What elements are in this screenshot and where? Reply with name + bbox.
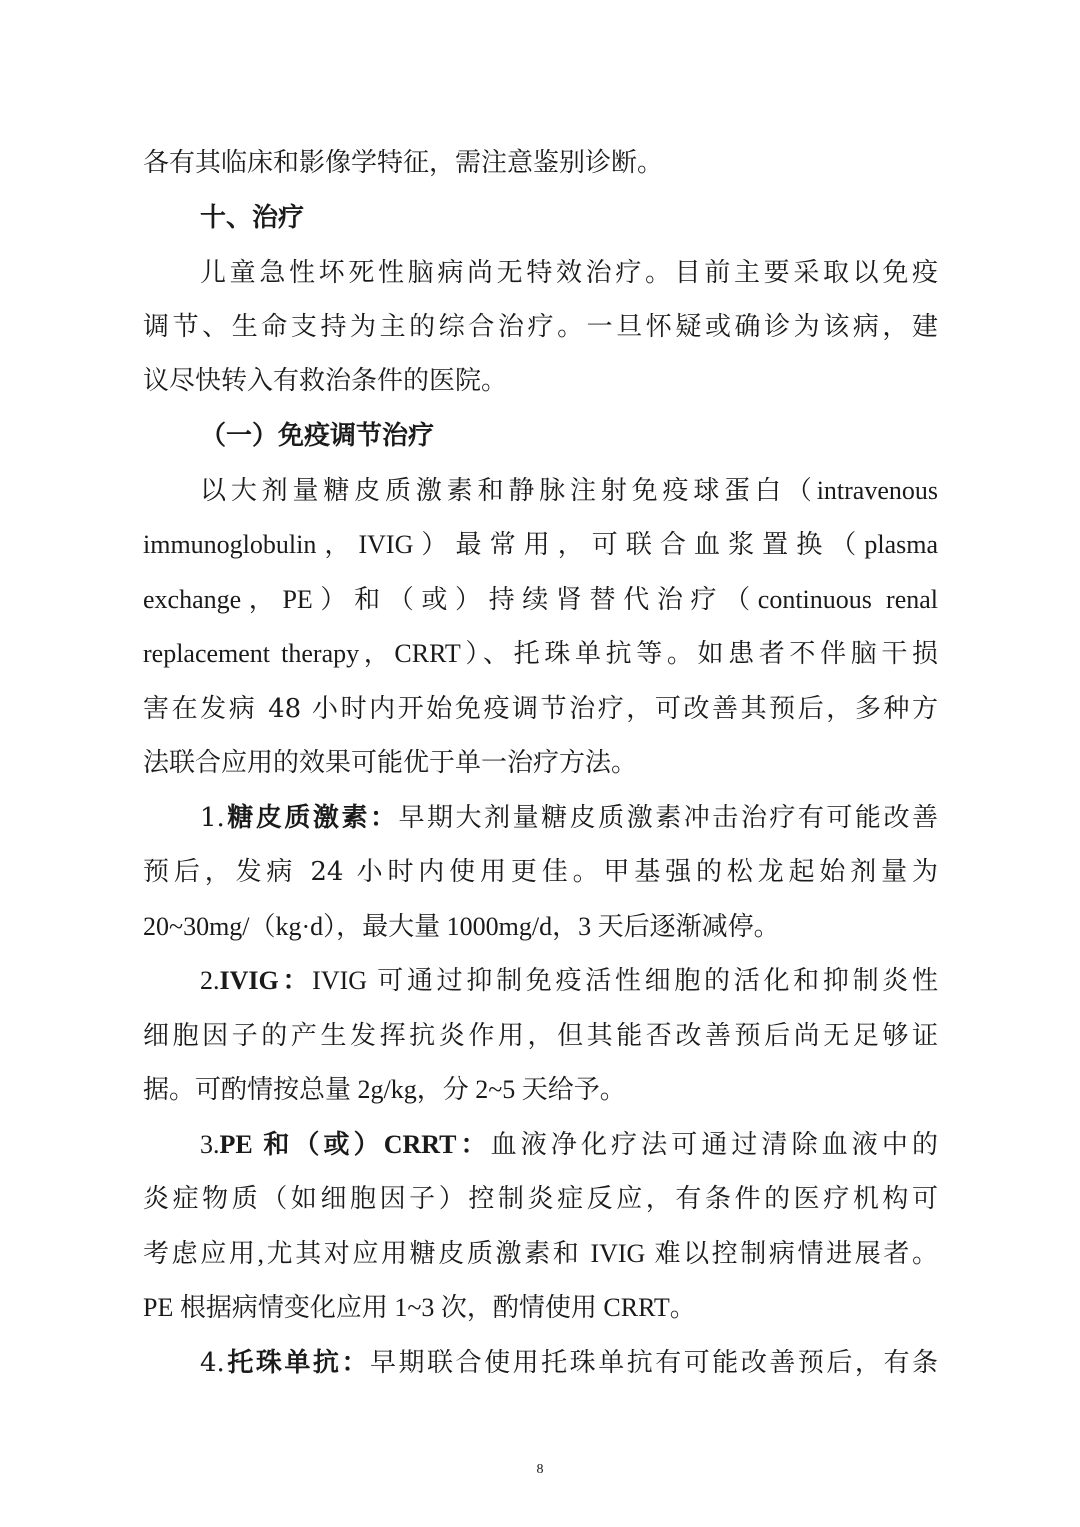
paragraph-line: replacement therapy，CRRT）、托珠单抗等。如患者不伴脑干损 [143, 634, 938, 674]
list-item-pe-crrt: 3.PE 和（或）CRRT：血液净化疗法可通过清除血液中的 [200, 1125, 938, 1165]
paragraph-line: immunoglobulin，IVIG）最常用，可联合血浆置换（plasma [143, 525, 938, 565]
paragraph-line: 20~30mg/（kg·d），最大量 1000mg/d，3 天后逐渐减停。 [143, 907, 938, 947]
paragraph-line: 议尽快转入有救治条件的医院。 [143, 361, 938, 401]
paragraph-line: PE 根据病情变化应用 1~3 次，酌情使用 CRRT。 [143, 1288, 938, 1328]
list-item-text: IVIG 可通过抑制免疫活性细胞的活化和抑制炎性 [312, 966, 938, 995]
page-number: 8 [520, 1462, 560, 1478]
list-item-ivig: 2.IVIG：IVIG 可通过抑制免疫活性细胞的活化和抑制炎性 [200, 961, 938, 1001]
paragraph-line: 调节、生命支持为主的综合治疗。一旦怀疑或确诊为该病，建 [143, 307, 938, 347]
list-item-title: 托珠单抗： [225, 1348, 370, 1378]
document-page: 各有其临床和影像学特征，需注意鉴别诊断。 十、治疗 儿童急性坏死性脑病尚无特效治… [0, 0, 1080, 1527]
list-item-title: PE 和（或）CRRT： [220, 1130, 491, 1159]
paragraph-line: 据。可酌情按总量 2g/kg，分 2~5 天给予。 [143, 1070, 938, 1110]
list-item-title: 糖皮质激素： [225, 803, 399, 833]
paragraph-line: 以大剂量糖皮质激素和静脉注射免疫球蛋白（intravenous [200, 471, 938, 511]
list-item-number: 3. [200, 1130, 220, 1159]
list-item-number: 4. [200, 1348, 225, 1378]
list-item-number: 1. [200, 803, 225, 833]
paragraph-line: 害在发病 48 小时内开始免疫调节治疗，可改善其预后，多种方 [143, 689, 938, 729]
paragraph-line: 炎症物质（如细胞因子）控制炎症反应，有条件的医疗机构可 [143, 1179, 938, 1219]
paragraph-line: 法联合应用的效果可能优于单一治疗方法。 [143, 743, 938, 783]
paragraph-line: 预后，发病 24 小时内使用更佳。甲基强的松龙起始剂量为 [143, 852, 938, 892]
list-item-number: 2. [200, 966, 220, 995]
list-item-tocilizumab: 4.托珠单抗：早期联合使用托珠单抗有可能改善预后，有条 [200, 1343, 938, 1383]
paragraph-line: 考虑应用,尤其对应用糖皮质激素和 IVIG 难以控制病情进展者。 [143, 1234, 938, 1274]
list-item-text: 早期大剂量糖皮质激素冲击治疗有可能改善 [399, 803, 938, 833]
list-item-title: IVIG： [220, 966, 313, 995]
subsection-heading-immunomodulation: （一）免疫调节治疗 [200, 416, 938, 456]
paragraph-line: exchange，PE）和（或）持续肾替代治疗（continuous renal [143, 580, 938, 620]
paragraph-line: 细胞因子的产生发挥抗炎作用，但其能否改善预后尚无足够证 [143, 1016, 938, 1056]
section-heading-treatment: 十、治疗 [200, 198, 938, 238]
list-item-corticosteroids: 1.糖皮质激素：早期大剂量糖皮质激素冲击治疗有可能改善 [200, 798, 938, 838]
paragraph-line: 各有其临床和影像学特征，需注意鉴别诊断。 [143, 143, 938, 183]
list-item-text: 早期联合使用托珠单抗有可能改善预后，有条 [370, 1348, 938, 1378]
paragraph-line: 儿童急性坏死性脑病尚无特效治疗。目前主要采取以免疫 [200, 253, 938, 293]
list-item-text: 血液净化疗法可通过清除血液中的 [491, 1130, 938, 1159]
